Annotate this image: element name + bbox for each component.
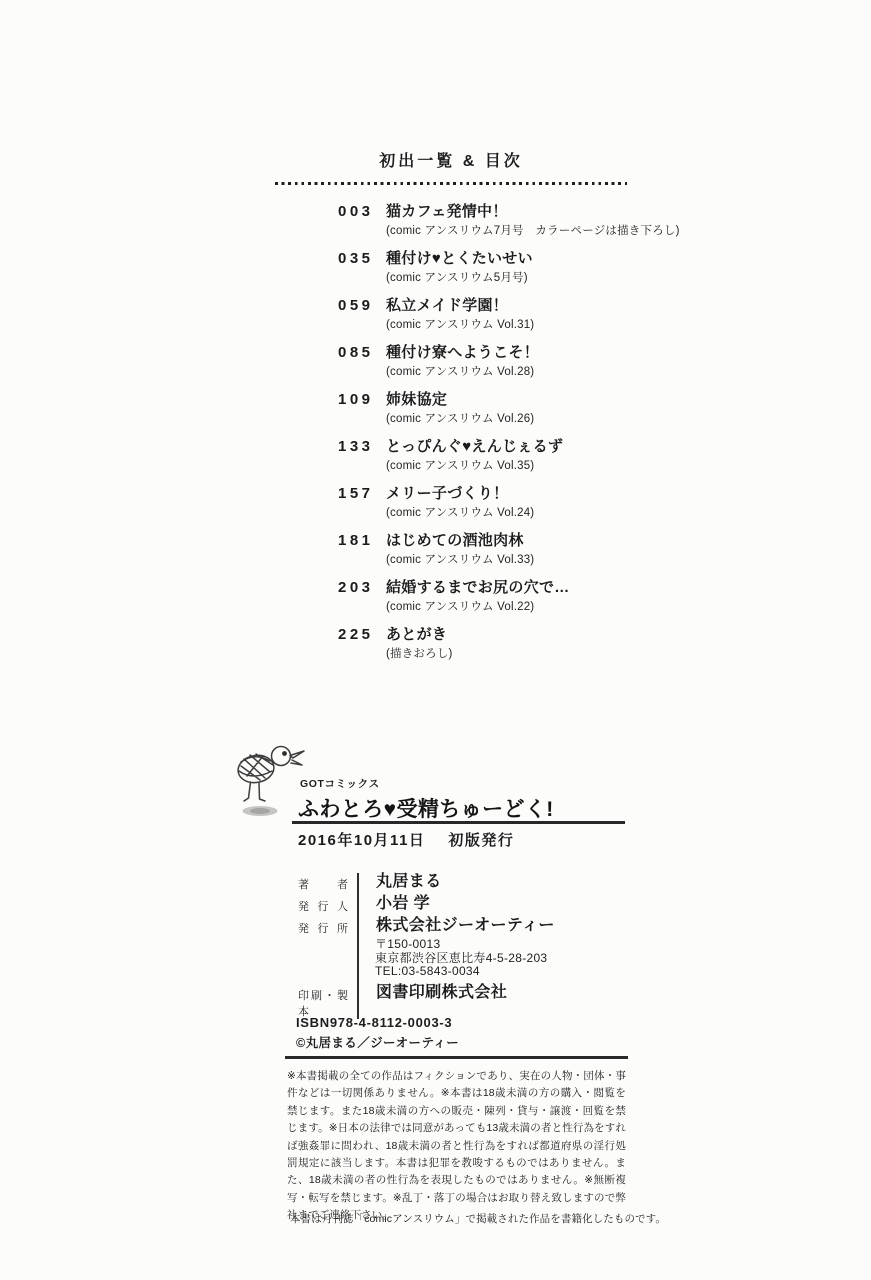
toc-entry-title: とっぴんぐ♥えんじぇるず [386,437,563,456]
book-title: ふわとろ♥受精ちゅーどく! [298,793,554,823]
toc-entry-source: (comic アンスリウム Vol.31) [386,319,627,332]
toc-entry-main: 059 私立メイド学園！ [275,296,627,315]
toc-entry-title: 種付け寮へようこそ！ [386,343,539,362]
toc-entry: 003 猫カフェ発情中！ (comic アンスリウム7月号 カラーページは描き下… [275,202,627,249]
toc-entry-main: 225 あとがき [275,625,627,644]
address-line: 〒150-0013 [375,938,632,952]
info-label: 印刷・製本 [298,983,348,1019]
toc-entry-source: (comic アンスリウム Vol.28) [386,366,627,379]
toc-entry-source: (comic アンスリウム Vol.35) [386,460,627,473]
toc-entry-title: あとがき [386,625,447,644]
toc-entry-main: 203 結婚するまでお尻の穴で… [275,578,627,597]
toc-page-number: 035 [338,249,386,268]
toc-entry-main: 085 種付け寮へようこそ！ [275,343,627,362]
toc-page-number: 003 [338,202,386,221]
publication-info-table: 著 者 丸居まる 発 行 人 小岩 学 発 行 所 株式会社ジーオーティー 〒1… [298,872,632,1021]
toc-entry-source: (comic アンスリウム Vol.24) [386,507,627,520]
title-underline [292,821,625,824]
info-row-main: 著 者 丸居まる [298,872,632,892]
toc-entry: 035 種付け♥とくたいせい (comic アンスリウム5月号) [275,249,627,296]
toc-entry-main: 003 猫カフェ発情中！ [275,202,627,221]
info-label: 発 行 所 [298,916,348,936]
info-value: 小岩 学 [367,894,430,914]
toc-page-number: 109 [338,390,386,409]
toc-entry: 181 はじめての酒池肉林 (comic アンスリウム Vol.33) [275,531,627,578]
section-divider [285,1056,628,1059]
edition-label: 初版発行 [448,829,514,850]
toc-entry-title: 猫カフェ発情中！ [386,202,508,221]
info-value: 丸居まる [367,872,442,892]
toc-page-number: 225 [338,625,386,644]
disclaimer-text: ※本書掲載の全ての作品はフィクションであり、実在の人物・団体・事件などは一切関係… [287,1068,626,1225]
toc-entry-title: 種付け♥とくたいせい [386,249,533,268]
toc-entry-source: (comic アンスリウム7月号 カラーページは描き下ろし) [386,225,627,238]
copyright-text: ©丸居まる／ジーオーティー [296,1033,459,1051]
info-label: 著 者 [298,872,348,892]
toc-page-number: 059 [338,296,386,315]
info-row-main: 発 行 所 株式会社ジーオーティー [298,916,632,936]
info-row: 発 行 人 小岩 学 [298,894,632,914]
edition-line: 2016年10月11日 初版発行 [298,829,514,850]
info-sub-block: 〒150-0013東京都渋谷区恵比寿4-5-28-203TEL:03-5843-… [375,938,632,979]
info-value: 図書印刷株式会社 [367,983,507,1003]
toc-entry-main: 133 とっぴんぐ♥えんじぇるず [275,437,627,456]
toc-page-number: 085 [338,343,386,362]
toc-entry-title: はじめての酒池肉林 [386,531,524,550]
toc-entry: 225 あとがき (描きおろし) [275,625,627,672]
info-row-main: 発 行 人 小岩 学 [298,894,632,914]
info-row: 著 者 丸居まる [298,872,632,892]
scanned-book-page: 初出一覧 & 目次 003 猫カフェ発情中！ (comic アンスリウム7月号 … [0,0,871,1280]
toc-entry-title: 姉妹協定 [386,390,447,409]
toc-entry-source: (描きおろし) [386,648,627,661]
toc-entry: 059 私立メイド学園！ (comic アンスリウム Vol.31) [275,296,627,343]
toc-entry-source: (comic アンスリウム5月号) [386,272,627,285]
info-value: 株式会社ジーオーティー [367,916,555,936]
toc-entry: 203 結婚するまでお尻の穴で… (comic アンスリウム Vol.22) [275,578,627,625]
info-label: 発 行 人 [298,894,348,914]
toc-entry-title: 私立メイド学園！ [386,296,508,315]
toc-entry-source: (comic アンスリウム Vol.33) [386,554,627,567]
toc-entry-source: (comic アンスリウム Vol.26) [386,413,627,426]
toc-entry: 085 種付け寮へようこそ！ (comic アンスリウム Vol.28) [275,343,627,390]
dotted-divider [275,182,627,185]
toc-page-number: 157 [338,484,386,503]
toc-page-number: 203 [338,578,386,597]
toc-entry: 133 とっぴんぐ♥えんじぇるず (comic アンスリウム Vol.35) [275,437,627,484]
info-row: 発 行 所 株式会社ジーオーティー 〒150-0013東京都渋谷区恵比寿4-5-… [298,916,632,979]
toc-entry-title: 結婚するまでお尻の穴で… [386,578,570,597]
toc-entry-source: (comic アンスリウム Vol.22) [386,601,627,614]
edition-date: 2016年10月11日 [298,829,425,850]
footnote-text: 本書は月刊誌「comicアンスリウム」で掲載された作品を書籍化したものです。 [290,1211,666,1226]
bird-logo-icon [233,742,307,827]
isbn-text: ISBN978-4-8112-0003-3 [296,1015,452,1030]
info-table-rule [357,873,359,1019]
toc-section: 初出一覧 & 目次 003 猫カフェ発情中！ (comic アンスリウム7月号 … [275,152,627,672]
address-line: TEL:03-5843-0034 [375,965,632,979]
toc-page-number: 181 [338,531,386,550]
toc-entry-main: 109 姉妹協定 [275,390,627,409]
toc-entry: 157 メリー子づくり！ (comic アンスリウム Vol.24) [275,484,627,531]
toc-entry: 109 姉妹協定 (comic アンスリウム Vol.26) [275,390,627,437]
info-row-main: 印刷・製本 図書印刷株式会社 [298,983,632,1019]
toc-entry-main: 157 メリー子づくり！ [275,484,627,503]
info-row: 印刷・製本 図書印刷株式会社 [298,983,632,1019]
toc-page-number: 133 [338,437,386,456]
toc-entry-main: 035 種付け♥とくたいせい [275,249,627,268]
toc-entry-main: 181 はじめての酒池肉林 [275,531,627,550]
toc-list: 003 猫カフェ発情中！ (comic アンスリウム7月号 カラーページは描き下… [275,202,627,672]
toc-heading: 初出一覧 & 目次 [275,152,627,172]
address-line: 東京都渋谷区恵比寿4-5-28-203 [375,952,632,966]
imprint-label: GOTコミックス [300,776,380,791]
toc-entry-title: メリー子づくり！ [386,484,508,503]
